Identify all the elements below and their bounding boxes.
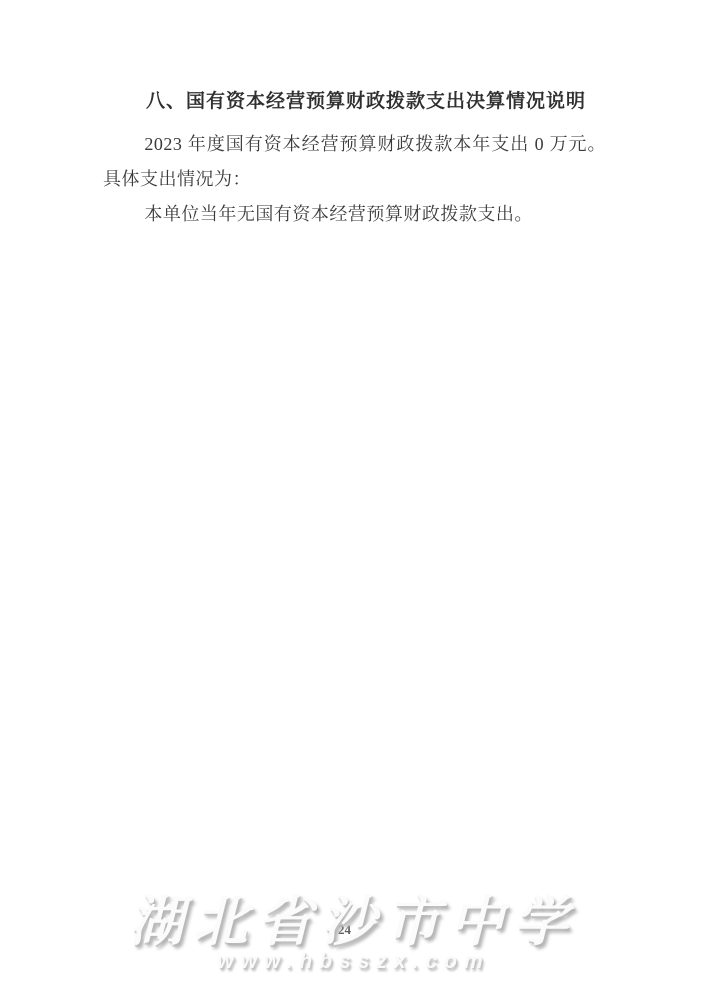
section-heading: 八、国有资本经营预算财政拨款支出决算情况说明 <box>146 90 586 114</box>
watermark-school-name: 湖北省沙市中学 <box>0 888 707 954</box>
document-page: 八、国有资本经营预算财政拨款支出决算情况说明 2023 年度国有资本经营预算财政… <box>0 0 707 1000</box>
footer-watermark: 湖北省沙市中学 www.hbsszx.com <box>0 888 707 974</box>
body-paragraph-expenditure-summary: 2023 年度国有资本经营预算财政拨款本年支出 0 万元。具体支出情况为： <box>103 127 606 197</box>
watermark-url: www.hbsszx.com <box>0 950 707 974</box>
page-number: 24 <box>338 922 351 938</box>
body-paragraph-no-expenditure-note: 本单位当年无国有资本经营预算财政拨款支出。 <box>103 197 606 232</box>
